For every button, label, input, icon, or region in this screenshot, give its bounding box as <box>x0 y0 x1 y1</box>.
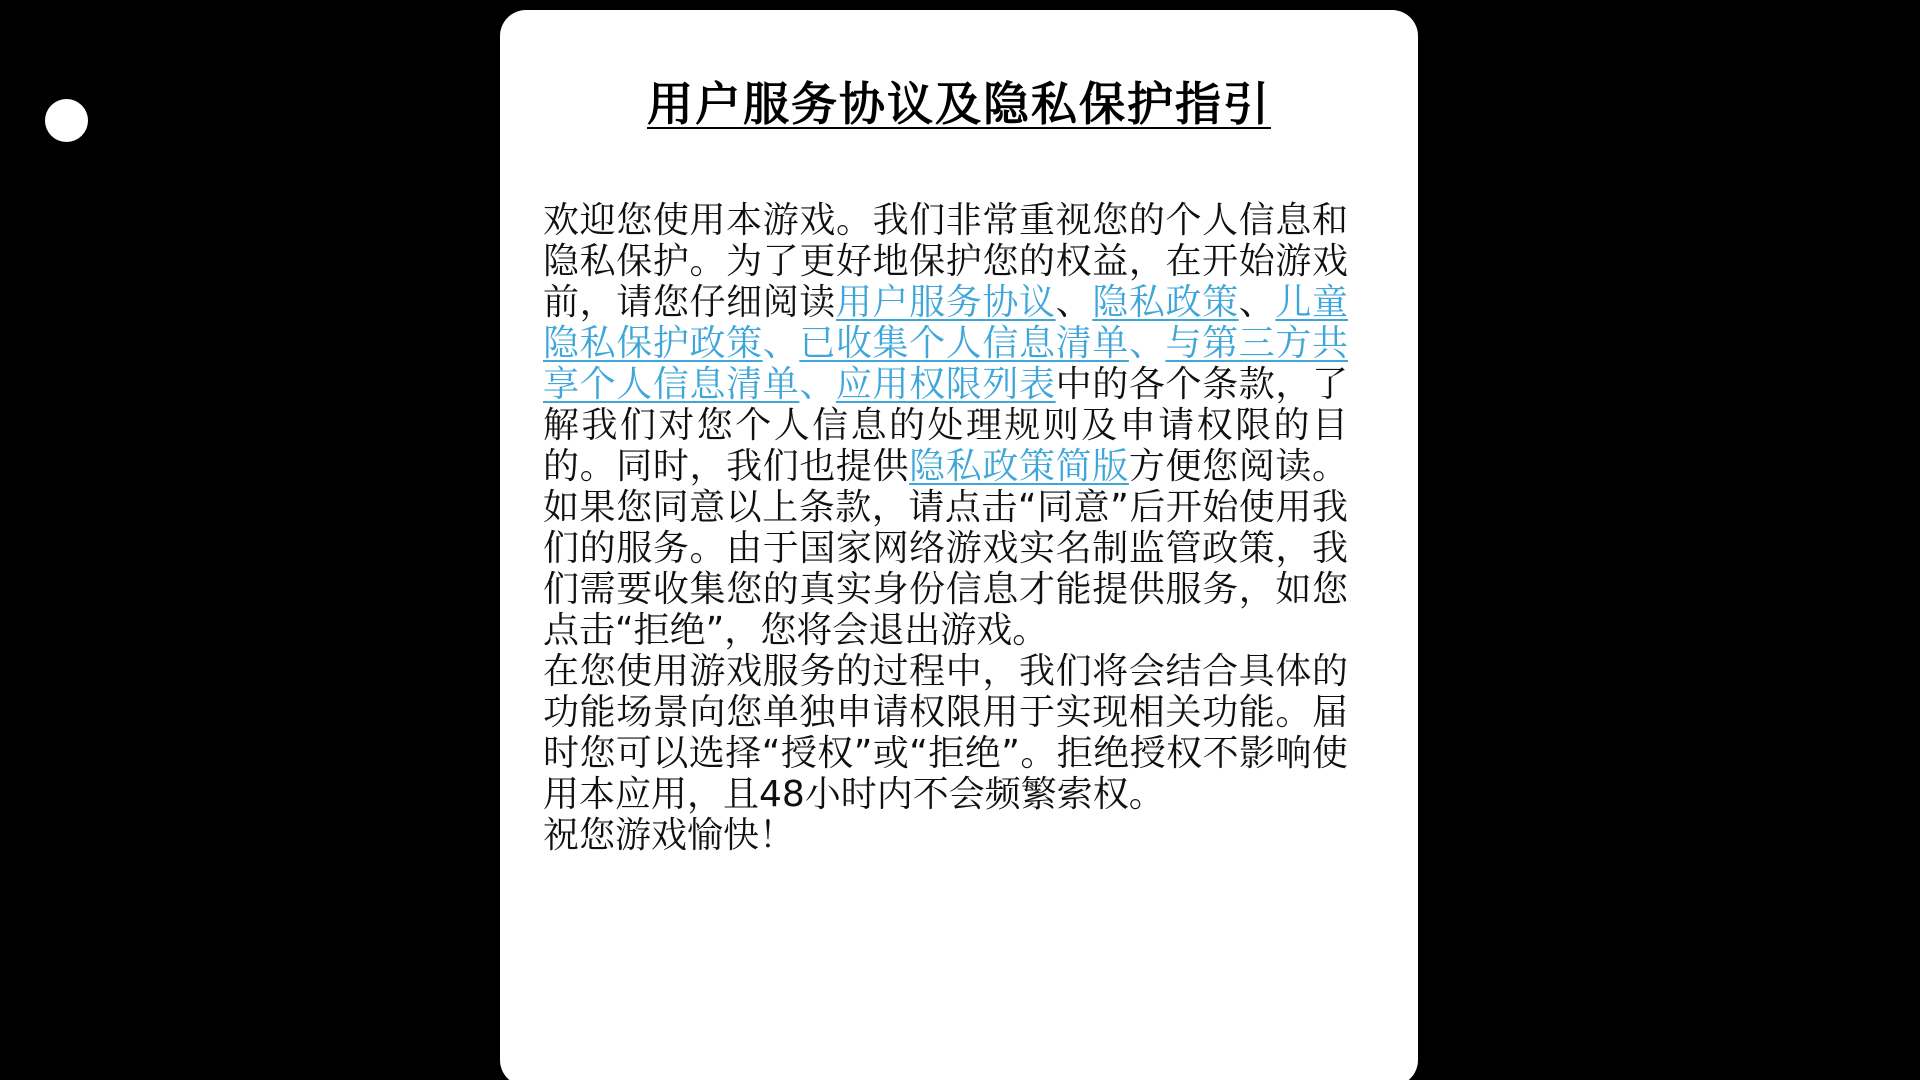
collected-personal-info-list-link[interactable]: 已收集个人信息清单 <box>799 323 1129 364</box>
privacy-policy-link[interactable]: 隐私政策 <box>1092 282 1238 323</box>
camera-notch-dot <box>45 99 88 142</box>
agreement-text: 在您使用游戏服务的过程中，我们将会结合具体的功能场景向您单独申请权限用于实现相关… <box>543 651 1348 815</box>
agreement-body: 欢迎您使用本游戏。我们非常重视您的个人信息和隐私保护。为了更好地保护您的权益，在… <box>543 200 1348 856</box>
user-service-agreement-link[interactable]: 用户服务协议 <box>836 282 1056 323</box>
page-title: 用户服务协议及隐私保护指引 <box>500 68 1418 134</box>
agreement-paragraph: 祝您游戏愉快！ <box>543 815 1348 856</box>
agreement-text: 、 <box>1056 282 1093 323</box>
agreement-paragraph: 欢迎您使用本游戏。我们非常重视您的个人信息和隐私保护。为了更好地保护您的权益，在… <box>543 200 1348 651</box>
privacy-policy-summary-link[interactable]: 隐私政策简版 <box>909 446 1129 487</box>
agreement-dialog-card: 用户服务协议及隐私保护指引 欢迎您使用本游戏。我们非常重视您的个人信息和隐私保护… <box>500 10 1418 1080</box>
agreement-text: 、 <box>1239 282 1276 323</box>
app-permission-list-link[interactable]: 应用权限列表 <box>836 364 1056 405</box>
link-separator: 、 <box>1129 323 1166 364</box>
agreement-text: 祝您游戏愉快！ <box>543 815 795 856</box>
link-separator: 、 <box>763 323 800 364</box>
link-separator: 、 <box>799 364 836 405</box>
screen-background: 用户服务协议及隐私保护指引 欢迎您使用本游戏。我们非常重视您的个人信息和隐私保护… <box>0 0 1920 1080</box>
agreement-paragraph: 在您使用游戏服务的过程中，我们将会结合具体的功能场景向您单独申请权限用于实现相关… <box>543 651 1348 815</box>
